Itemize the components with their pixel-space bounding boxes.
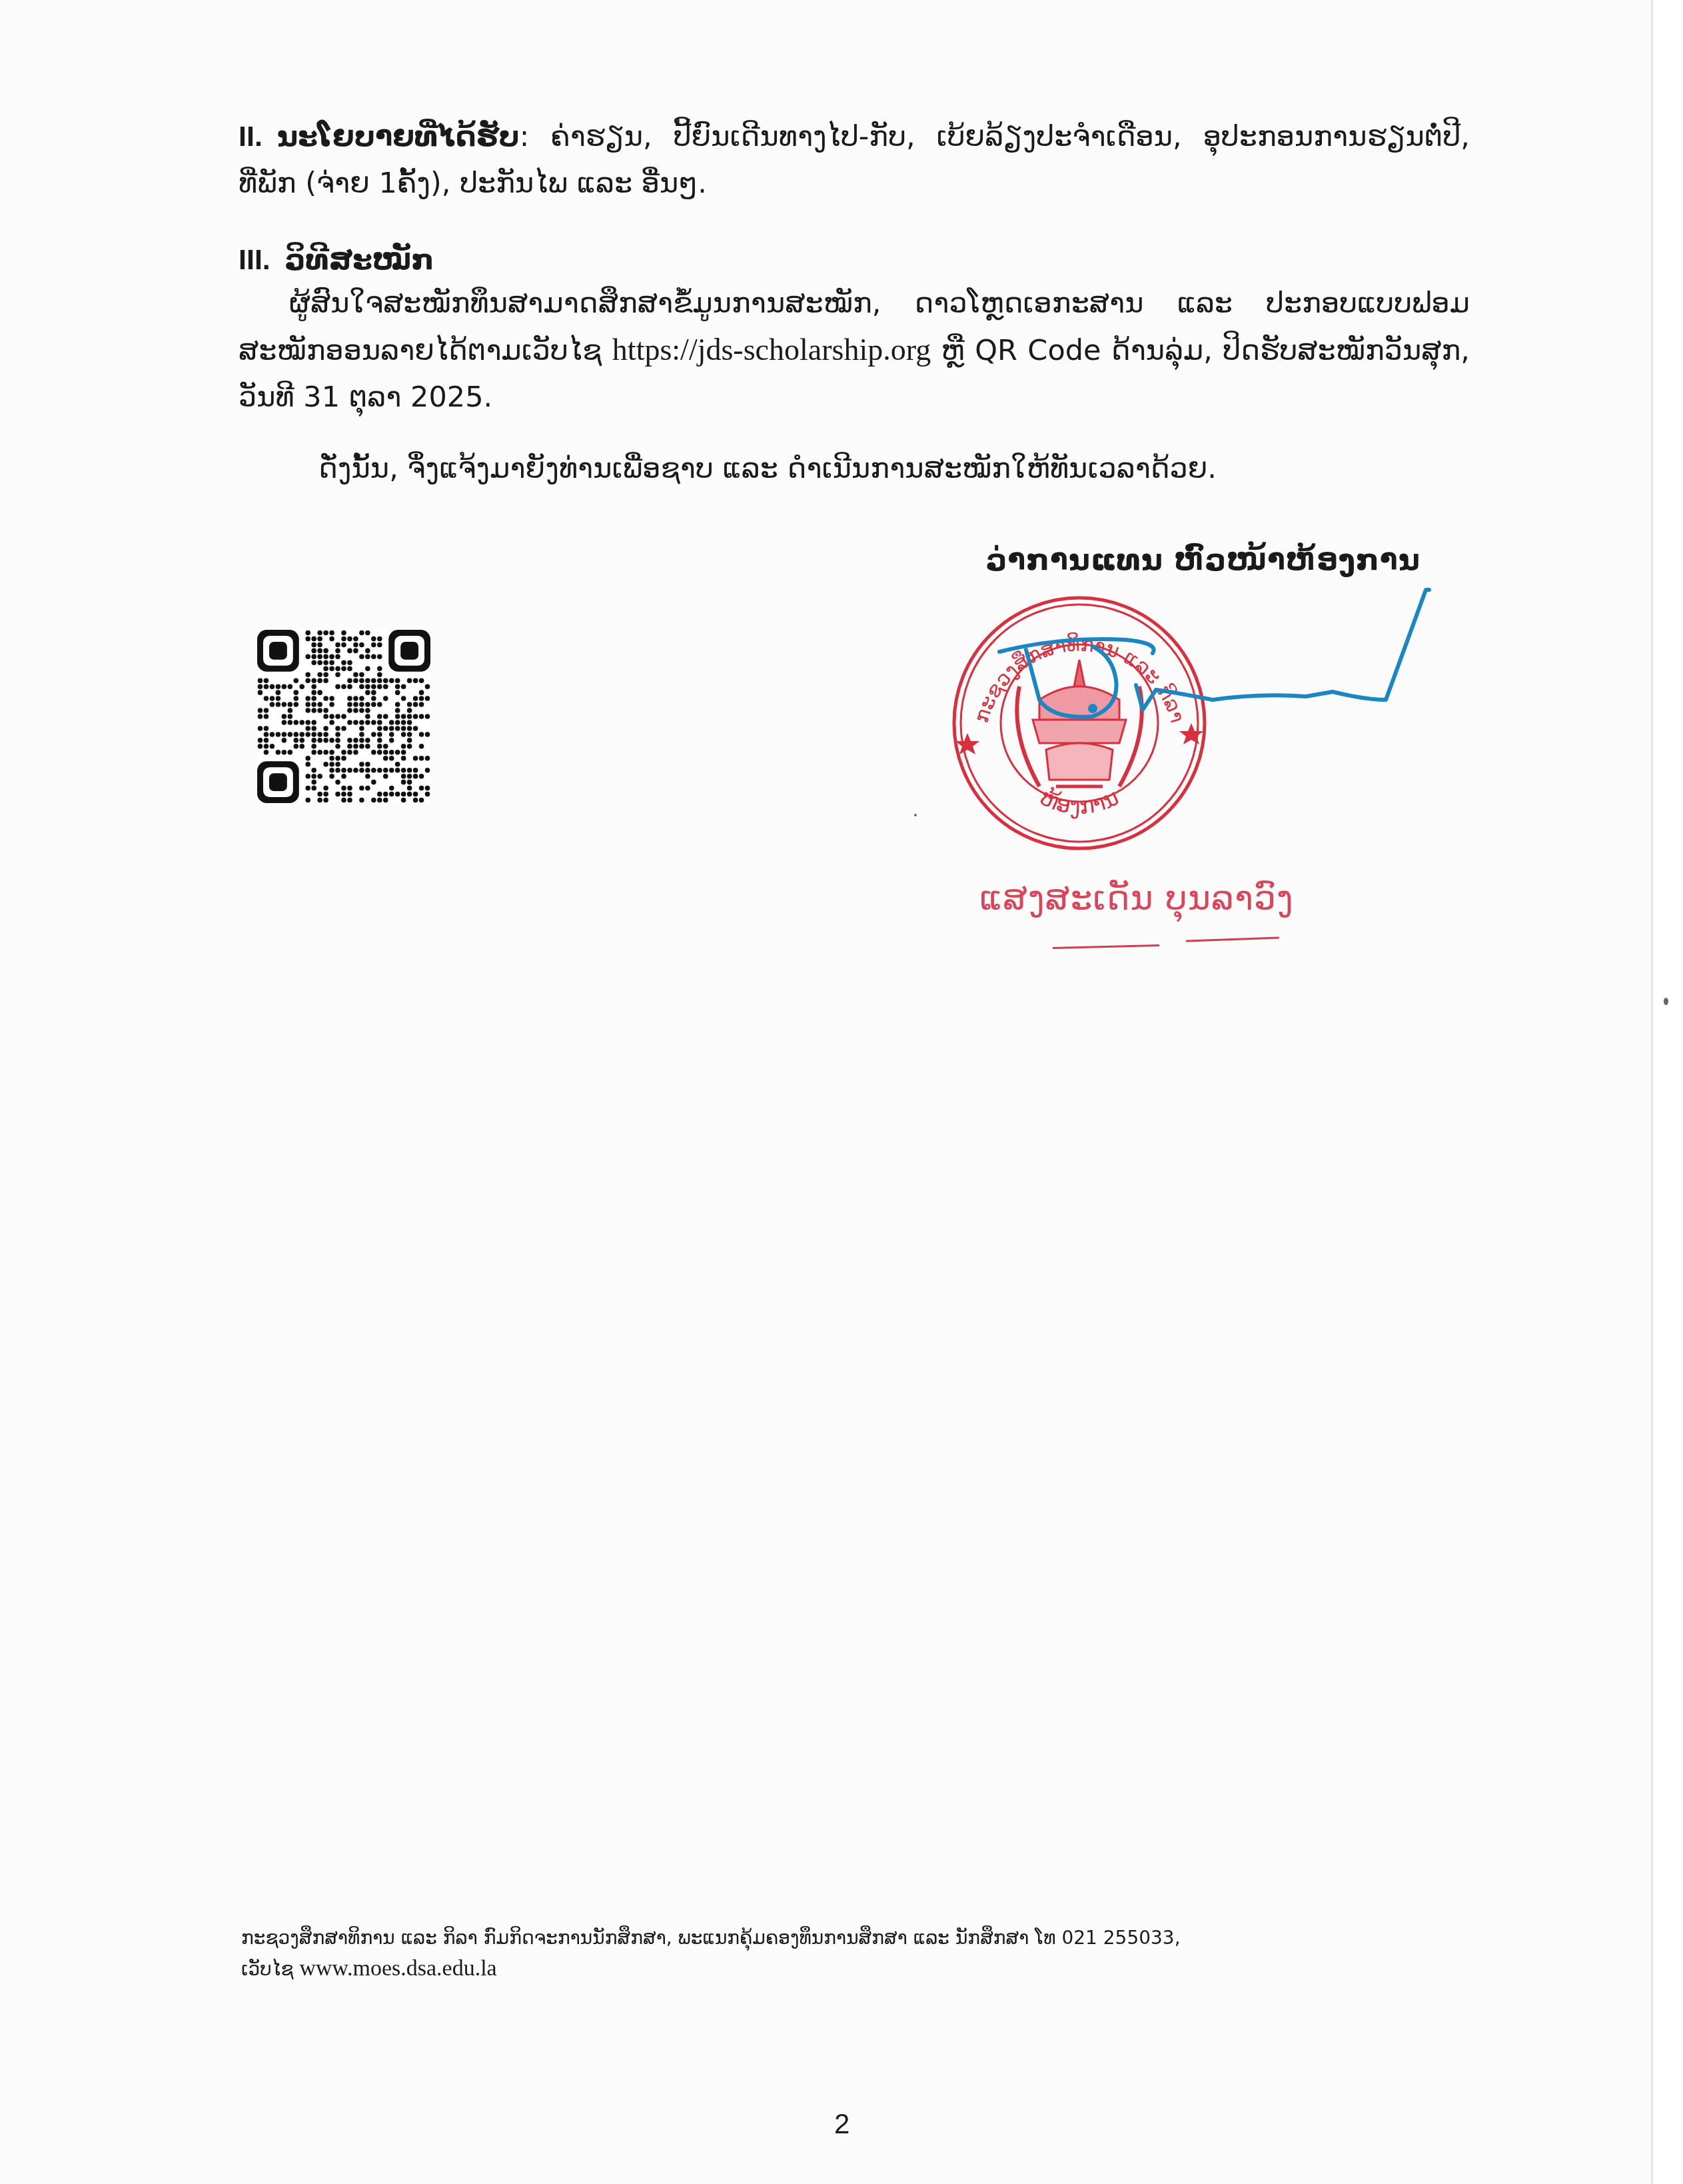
stamp-bottom-text: ຫ້ອງການ bbox=[1035, 784, 1123, 820]
section-how-to-apply-heading: III.ວິທີສະໝັກ bbox=[239, 237, 1470, 283]
handwritten-signature bbox=[959, 586, 1486, 746]
footer-contact: ກະຊວງສຶກສາທິການ ແລະ ກິລາ ກົມກິດຈະການນັກສ… bbox=[241, 1923, 1181, 1985]
scan-margin bbox=[1653, 0, 1683, 2184]
footer-website-link[interactable]: www.moes.dsa.edu.la bbox=[300, 1956, 497, 1981]
section-number: III. bbox=[239, 244, 271, 276]
svg-text:ຫ້ອງການ: ຫ້ອງການ bbox=[1035, 784, 1123, 820]
section-title: ວິທີສະໝັກ bbox=[285, 243, 434, 277]
section-number: II. bbox=[239, 121, 263, 153]
section-title: ນະໂຍບາຍທີ່ໄດ້ຮັບ bbox=[277, 120, 520, 153]
closing-paragraph: ດັ່ງນັ້ນ, ຈຶ່ງແຈ້ງມາຍັງທ່ານເພື່ອຊາບ ແລະ … bbox=[318, 445, 1451, 492]
signer-title: ວ່າການແທນ ຫົວໜ້າຫ້ອງການ bbox=[986, 543, 1420, 577]
page-number: 2 bbox=[834, 2108, 849, 2140]
scan-speck bbox=[914, 814, 917, 816]
signer-name: ແສງສະເດັນ ບຸນລາວົງ bbox=[979, 878, 1294, 918]
scan-speck bbox=[1664, 998, 1668, 1005]
footer-address: ກະຊວງສຶກສາທິການ ແລະ ກິລາ ກົມກິດຈະການນັກສ… bbox=[241, 1923, 1181, 1953]
section-benefits: II.ນະໂຍບາຍທີ່ໄດ້ຮັບ: ຄ່າຮຽນ, ປີ້ຍົນເດີນທ… bbox=[239, 113, 1470, 207]
qr-code-icon[interactable] bbox=[257, 630, 430, 803]
scholarship-link[interactable]: https://jds-scholarship.org bbox=[612, 333, 931, 367]
section-how-to-apply-body: ຜູ້ສົນໃຈສະໝັກທຶນສາມາດສຶກສາຂໍ້ມູນການສະໝັກ… bbox=[239, 280, 1470, 421]
footer-website-label: ເວັບໄຊ bbox=[241, 1958, 300, 1980]
